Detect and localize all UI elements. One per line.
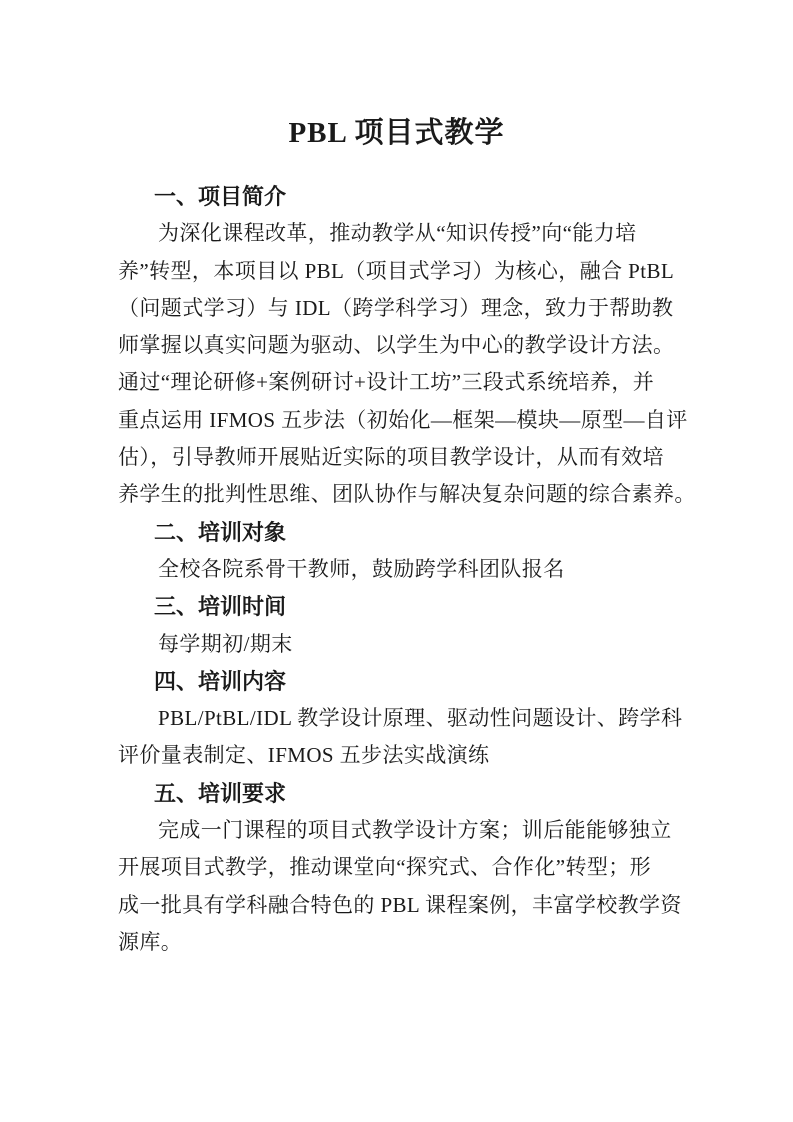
paragraph-line: 估），引导教师开展贴近实际的项目教学设计，从而有效培: [118, 439, 676, 476]
paragraph-line: 养学生的批判性思维、团队协作与解决复杂问题的综合素养。: [118, 476, 676, 513]
paragraph-line: （问题式学习）与 IDL（跨学科学习）理念，致力于帮助教: [118, 290, 676, 327]
paragraph-line: 通过“理论研修+案例研讨+设计工坊”三段式系统培养，并: [118, 364, 676, 401]
paragraph-line: 完成一门课程的项目式教学设计方案；训后能能够独立: [118, 812, 676, 849]
paragraph-line: 成一批具有学科融合特色的 PBL 课程案例，丰富学校教学资: [118, 887, 676, 924]
paragraph-line: 师掌握以真实问题为驱动、以学生为中心的教学设计方法。: [118, 327, 676, 364]
document-body: 一、项目简介 为深化课程改革，推动教学从“知识传授”向“能力培 养”转型，本项目…: [118, 178, 676, 961]
paragraph-line: 重点运用 IFMOS 五步法（初始化—框架—模块—原型—自评: [118, 402, 676, 439]
paragraph-line: 养”转型，本项目以 PBL（项目式学习）为核心，融合 PtBL: [118, 253, 676, 290]
section-heading-project-intro: 一、项目简介: [118, 178, 676, 215]
paragraph-line: 每学期初/期末: [118, 626, 676, 663]
section-heading-training-audience: 二、培训对象: [118, 514, 676, 551]
paragraph-line: 为深化课程改革，推动教学从“知识传授”向“能力培: [118, 215, 676, 252]
section-heading-training-time: 三、培训时间: [118, 588, 676, 625]
paragraph-line: PBL/PtBL/IDL 教学设计原理、驱动性问题设计、跨学科: [118, 700, 676, 737]
document-page: PBL 项目式教学 一、项目简介 为深化课程改革，推动教学从“知识传授”向“能力…: [0, 0, 793, 1122]
section-heading-training-content: 四、培训内容: [118, 663, 676, 700]
section-heading-training-requirements: 五、培训要求: [118, 775, 676, 812]
paragraph-line: 评价量表制定、IFMOS 五步法实战演练: [118, 737, 676, 774]
paragraph-line: 开展项目式教学，推动课堂向“探究式、合作化”转型；形: [118, 849, 676, 886]
paragraph-line: 源库。: [118, 924, 676, 961]
paragraph-line: 全校各院系骨干教师，鼓励跨学科团队报名: [118, 551, 676, 588]
document-title: PBL 项目式教学: [0, 110, 793, 151]
